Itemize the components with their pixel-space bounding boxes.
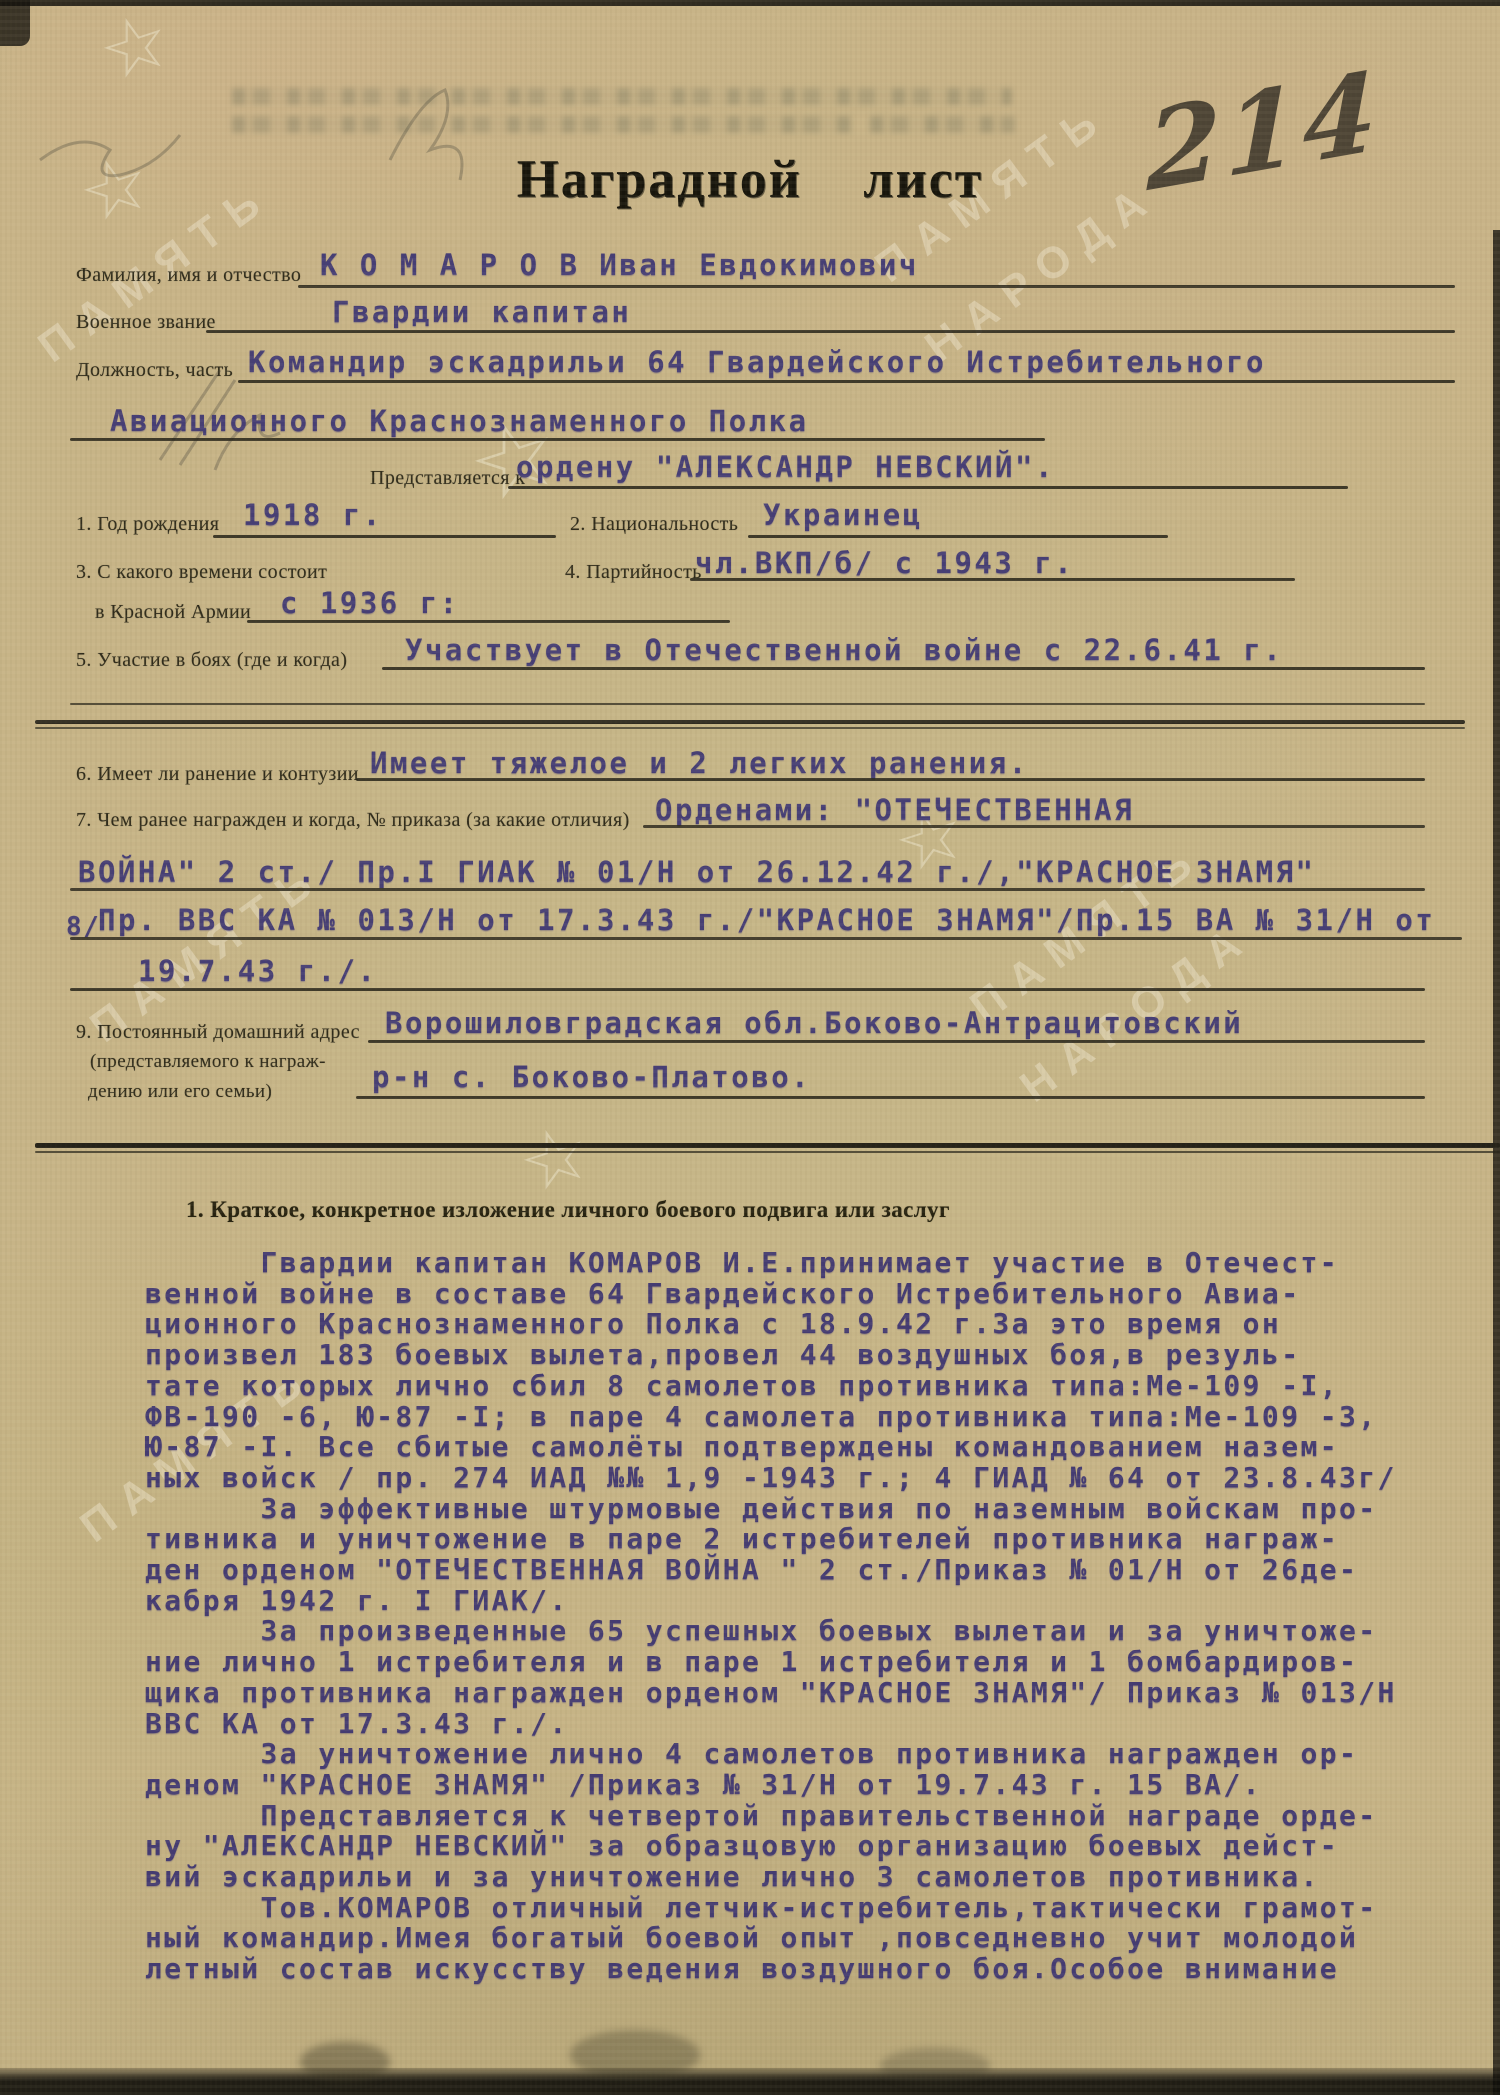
item3-label2: в Красной Армии [95,600,251,625]
scan-edge-bottom [0,2068,1500,2095]
citation-body-text: Гвардии капитан КОМАРОВ И.Е.принимает уч… [145,1248,1455,1985]
rule [508,486,1348,489]
document-title: Наградной лист [0,152,1500,206]
rule [213,535,556,538]
item7-value-line1: Орденами: "ОТЕЧЕСТВЕННАЯ [655,795,1134,825]
rule [70,888,1425,891]
item9-label-line3: дению или его семьи) [88,1080,272,1104]
award-sheet-document: ☆ ☆ ПАМЯТЬ ПАМЯТЬ НАРОДА ☆ ПАМЯТЬ ☆ ПАМЯ… [0,0,1500,2095]
section-divider-rule [35,1143,1500,1148]
item6-label: 6. Имеет ли ранение и контузии [76,762,359,787]
section1-heading: 1. Краткое, конкретное изложение личного… [186,1196,950,1224]
rule [382,667,1425,670]
item5-value: Участвует в Отечественной войне с 22.6.4… [405,635,1283,665]
rule [368,1040,1425,1043]
rule [356,778,1425,781]
rank-label: Военное звание [76,310,216,335]
item1-value: 1918 г. [243,500,383,530]
faded-stamp-line [870,116,1015,133]
item7-value-line2: ВОЙНА" 2 ст./ Пр.I ГИАК № 01/Н от 26.12.… [78,857,1316,887]
item9-value-line1: Ворошиловградская обл.Боково-Антрацитовс… [385,1008,1243,1038]
item7-label: 7. Чем ранее награжден и когда, № приказ… [76,808,630,833]
faded-stamp-line [232,88,1012,105]
rule [298,285,1455,288]
position-value-line2: Авиационного Краснознаменного Полка [110,406,809,436]
item6-value: Имеет тяжелое и 2 легких ранения. [370,748,1029,778]
rule [206,330,1455,333]
item2-value: Украинец [763,500,923,530]
item3-label: 3. С какого времени состоит [76,560,327,585]
rule [70,438,1045,441]
position-value-line1: Командир эскадрильи 64 Гвардейского Истр… [248,347,1266,377]
rule [238,380,1455,383]
scan-edge-right [1493,230,1500,2095]
scan-stain [300,2042,390,2082]
name-label: Фамилия, имя и отчество [76,263,301,288]
item7-value-line3: Пр. ВВС КА № 013/Н от 17.3.43 г./"КРАСНО… [98,905,1435,935]
item9-label-line1: 9. Постоянный домашний адрес [76,1020,360,1045]
rule [643,825,1425,828]
name-value: К О М А Р О В Иван Евдокимович [320,250,919,280]
rule [748,535,1168,538]
scan-stain [880,2048,990,2084]
item4-label: 4. Партийность [565,560,702,585]
item3-value: с 1936 г: [280,588,460,618]
rule [70,703,1425,705]
item9-label-line2: (представляемого к награж- [90,1050,326,1074]
rank-value: Гвардии капитан [332,297,631,327]
rule [690,578,1295,581]
faded-stamp-line [232,116,852,133]
rule [247,620,730,623]
scan-stain [570,2030,700,2080]
rule [356,1096,1425,1099]
item9-value-line2: р-н с. Боково-Платово. [372,1062,811,1092]
scan-edge-top [0,0,1500,6]
rule [70,937,1462,940]
separator-rule [35,720,1465,724]
nominated-label: Представляется к [370,466,525,491]
separator-rule [35,727,1465,729]
watermark-star-icon: ☆ [510,1111,601,1207]
item5-label: 5. Участие в боях (где и когда) [76,648,347,673]
item1-label: 1. Год рождения [76,512,219,537]
item2-label: 2. Национальность [570,512,738,537]
item7-value-line4: 19.7.43 г./. [138,956,378,986]
position-label: Должность, часть [76,358,233,383]
nominated-value: ордену "АЛЕКСАНДР НЕВСКИЙ". [516,452,1055,482]
item4-value: чл.ВКП/б/ с 1943 г. [695,548,1074,578]
rule [70,988,1425,991]
section-divider-rule [35,1151,1500,1153]
